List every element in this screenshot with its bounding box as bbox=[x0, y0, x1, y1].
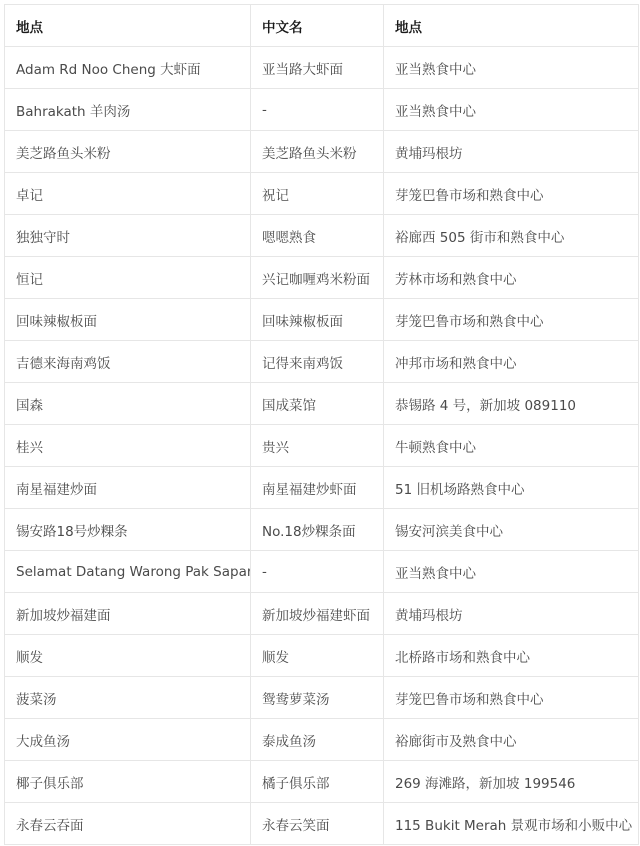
column-header-chinese-name: 中文名 bbox=[251, 5, 384, 47]
cell-chinese-name: 祝记 bbox=[251, 173, 384, 215]
cell-venue: 锡安河滨美食中心 bbox=[384, 509, 639, 551]
cell-location: 吉德来海南鸡饭 bbox=[5, 341, 251, 383]
cell-location: 永春云吞面 bbox=[5, 803, 251, 845]
table-row: 美芝路鱼头米粉 美芝路鱼头米粉 黄埔玛根坊 bbox=[5, 131, 639, 173]
cell-venue: 牛顿熟食中心 bbox=[384, 425, 639, 467]
cell-venue: 115 Bukit Merah 景观市场和小贩中心 bbox=[384, 803, 639, 845]
table-row: 恒记 兴记咖喱鸡米粉面 芳林市场和熟食中心 bbox=[5, 257, 639, 299]
cell-chinese-name: 贵兴 bbox=[251, 425, 384, 467]
cell-location: 回味辣椒板面 bbox=[5, 299, 251, 341]
table-row: 国森 国成菜馆 恭锡路 4 号，新加坡 089110 bbox=[5, 383, 639, 425]
cell-location: 大成鱼汤 bbox=[5, 719, 251, 761]
cell-venue: 芳林市场和熟食中心 bbox=[384, 257, 639, 299]
cell-venue: 芽笼巴鲁市场和熟食中心 bbox=[384, 677, 639, 719]
cell-venue: 芽笼巴鲁市场和熟食中心 bbox=[384, 299, 639, 341]
table-row: 锡安路18号炒粿条 No.18炒粿条面 锡安河滨美食中心 bbox=[5, 509, 639, 551]
table-row: Selamat Datang Warong Pak Sapari - 亚当熟食中… bbox=[5, 551, 639, 593]
cell-venue: 269 海滩路，新加坡 199546 bbox=[384, 761, 639, 803]
cell-location: 独独守时 bbox=[5, 215, 251, 257]
cell-chinese-name: 橘子俱乐部 bbox=[251, 761, 384, 803]
cell-venue: 亚当熟食中心 bbox=[384, 89, 639, 131]
cell-location: Selamat Datang Warong Pak Sapari bbox=[5, 551, 251, 593]
cell-chinese-name: 永春云笑面 bbox=[251, 803, 384, 845]
table-row: 独独守时 嗯嗯熟食 裕廊西 505 街市和熟食中心 bbox=[5, 215, 639, 257]
cell-chinese-name: - bbox=[251, 551, 384, 593]
cell-chinese-name: 泰成鱼汤 bbox=[251, 719, 384, 761]
cell-location: 美芝路鱼头米粉 bbox=[5, 131, 251, 173]
column-header-venue: 地点 bbox=[384, 5, 639, 47]
table-row: 椰子俱乐部 橘子俱乐部 269 海滩路，新加坡 199546 bbox=[5, 761, 639, 803]
cell-venue: 亚当熟食中心 bbox=[384, 47, 639, 89]
table-row: 吉德来海南鸡饭 记得来南鸡饭 冲邦市场和熟食中心 bbox=[5, 341, 639, 383]
table-row: Bahrakath 羊肉汤 - 亚当熟食中心 bbox=[5, 89, 639, 131]
cell-chinese-name: No.18炒粿条面 bbox=[251, 509, 384, 551]
cell-venue: 裕廊街市及熟食中心 bbox=[384, 719, 639, 761]
cell-location: Bahrakath 羊肉汤 bbox=[5, 89, 251, 131]
cell-venue: 亚当熟食中心 bbox=[384, 551, 639, 593]
table-row: 回味辣椒板面 回味辣椒板面 芽笼巴鲁市场和熟食中心 bbox=[5, 299, 639, 341]
cell-chinese-name: 国成菜馆 bbox=[251, 383, 384, 425]
cell-chinese-name: 新加坡炒福建虾面 bbox=[251, 593, 384, 635]
cell-location: Adam Rd Noo Cheng 大虾面 bbox=[5, 47, 251, 89]
hawker-table-container: 地点 中文名 地点 Adam Rd Noo Cheng 大虾面 亚当路大虾面 亚… bbox=[4, 4, 638, 845]
cell-location: 顺发 bbox=[5, 635, 251, 677]
table-row: Adam Rd Noo Cheng 大虾面 亚当路大虾面 亚当熟食中心 bbox=[5, 47, 639, 89]
cell-venue: 恭锡路 4 号，新加坡 089110 bbox=[384, 383, 639, 425]
cell-chinese-name: 南星福建炒虾面 bbox=[251, 467, 384, 509]
cell-location: 菠菜汤 bbox=[5, 677, 251, 719]
cell-location: 桂兴 bbox=[5, 425, 251, 467]
cell-location: 卓记 bbox=[5, 173, 251, 215]
cell-chinese-name: 兴记咖喱鸡米粉面 bbox=[251, 257, 384, 299]
table-row: 大成鱼汤 泰成鱼汤 裕廊街市及熟食中心 bbox=[5, 719, 639, 761]
hawker-food-table: 地点 中文名 地点 Adam Rd Noo Cheng 大虾面 亚当路大虾面 亚… bbox=[4, 4, 639, 845]
column-header-location: 地点 bbox=[5, 5, 251, 47]
cell-chinese-name: 记得来南鸡饭 bbox=[251, 341, 384, 383]
cell-chinese-name: 嗯嗯熟食 bbox=[251, 215, 384, 257]
cell-chinese-name: 回味辣椒板面 bbox=[251, 299, 384, 341]
cell-location: 国森 bbox=[5, 383, 251, 425]
cell-chinese-name: 亚当路大虾面 bbox=[251, 47, 384, 89]
cell-venue: 51 旧机场路熟食中心 bbox=[384, 467, 639, 509]
cell-chinese-name: 美芝路鱼头米粉 bbox=[251, 131, 384, 173]
cell-location: 新加坡炒福建面 bbox=[5, 593, 251, 635]
cell-venue: 芽笼巴鲁市场和熟食中心 bbox=[384, 173, 639, 215]
table-header-row: 地点 中文名 地点 bbox=[5, 5, 639, 47]
cell-chinese-name: 顺发 bbox=[251, 635, 384, 677]
cell-venue: 黄埔玛根坊 bbox=[384, 593, 639, 635]
cell-chinese-name: 鸳鸯萝菜汤 bbox=[251, 677, 384, 719]
table-row: 菠菜汤 鸳鸯萝菜汤 芽笼巴鲁市场和熟食中心 bbox=[5, 677, 639, 719]
cell-venue: 冲邦市场和熟食中心 bbox=[384, 341, 639, 383]
cell-chinese-name: - bbox=[251, 89, 384, 131]
cell-location: 南星福建炒面 bbox=[5, 467, 251, 509]
table-row: 桂兴 贵兴 牛顿熟食中心 bbox=[5, 425, 639, 467]
cell-venue: 黄埔玛根坊 bbox=[384, 131, 639, 173]
table-row: 卓记 祝记 芽笼巴鲁市场和熟食中心 bbox=[5, 173, 639, 215]
cell-venue: 北桥路市场和熟食中心 bbox=[384, 635, 639, 677]
table-row: 新加坡炒福建面 新加坡炒福建虾面 黄埔玛根坊 bbox=[5, 593, 639, 635]
table-row: 顺发 顺发 北桥路市场和熟食中心 bbox=[5, 635, 639, 677]
cell-location: 锡安路18号炒粿条 bbox=[5, 509, 251, 551]
cell-location: 椰子俱乐部 bbox=[5, 761, 251, 803]
table-row: 永春云吞面 永春云笑面 115 Bukit Merah 景观市场和小贩中心 bbox=[5, 803, 639, 845]
table-row: 南星福建炒面 南星福建炒虾面 51 旧机场路熟食中心 bbox=[5, 467, 639, 509]
cell-location: 恒记 bbox=[5, 257, 251, 299]
cell-venue: 裕廊西 505 街市和熟食中心 bbox=[384, 215, 639, 257]
